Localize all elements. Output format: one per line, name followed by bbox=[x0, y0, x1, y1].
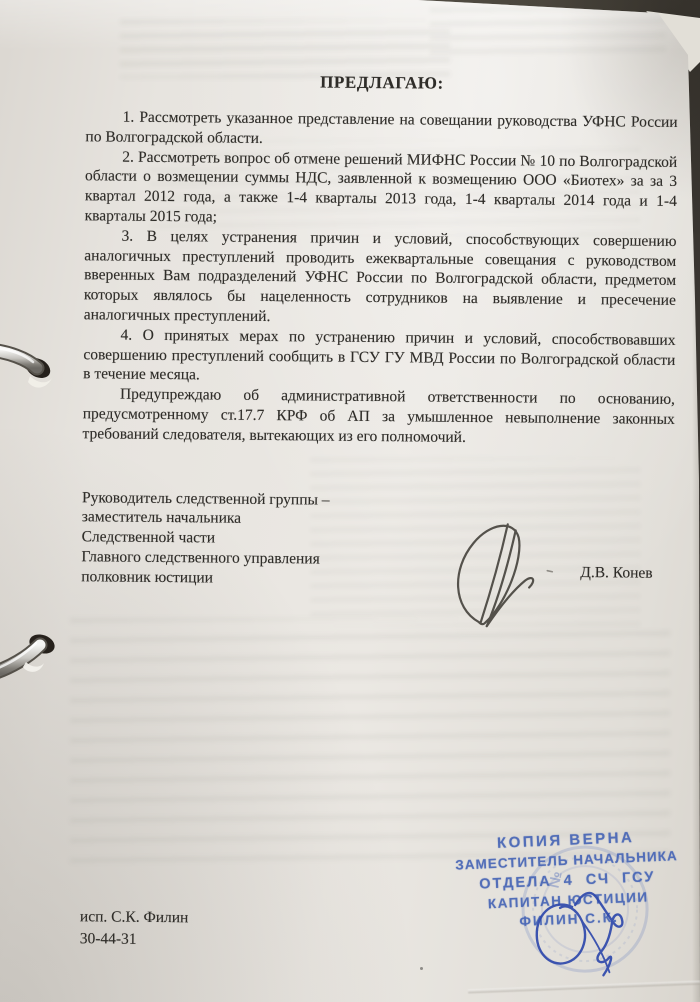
document-paragraph-1: 1. Рассмотреть указанное представление н… bbox=[85, 107, 677, 152]
page-title: ПРЕДЛАГАЮ: bbox=[86, 70, 678, 96]
document-paragraph-5: Предупреждаю об административной ответст… bbox=[83, 384, 676, 449]
binder-ring-bottom bbox=[0, 624, 62, 682]
signature-block: Руководитель следственной группы – замес… bbox=[81, 488, 674, 593]
ring-hole-paper-tab bbox=[23, 662, 44, 672]
signer-name: Д.В. Конев bbox=[580, 563, 653, 583]
document-paragraph-4: 4. О принятых мерах по устранению причин… bbox=[83, 325, 676, 390]
document-page: ПРЕДЛАГАЮ: 1. Рассмотреть указанное пред… bbox=[0, 0, 700, 1002]
executor-block: исп. С.К. Филин 30-44-31 bbox=[80, 906, 189, 951]
photo-background: ПРЕДЛАГАЮ: 1. Рассмотреть указанное пред… bbox=[0, 0, 700, 1002]
document-body: ПРЕДЛАГАЮ: 1. Рассмотреть указанное пред… bbox=[81, 70, 678, 592]
page-content-layer: ПРЕДЛАГАЮ: 1. Рассмотреть указанное пред… bbox=[0, 0, 700, 1002]
executor-name: исп. С.К. Филин bbox=[80, 906, 189, 929]
document-paragraph-3: 3. В целях устранения причин и условий, … bbox=[84, 226, 677, 331]
executor-phone: 30-44-31 bbox=[80, 928, 189, 951]
document-paragraph-2: 2. Рассмотреть вопрос об отмене решений … bbox=[85, 147, 678, 232]
paper-speck bbox=[420, 967, 423, 970]
binder-ring-top bbox=[0, 338, 60, 390]
konev-handwritten-signature bbox=[443, 510, 584, 646]
